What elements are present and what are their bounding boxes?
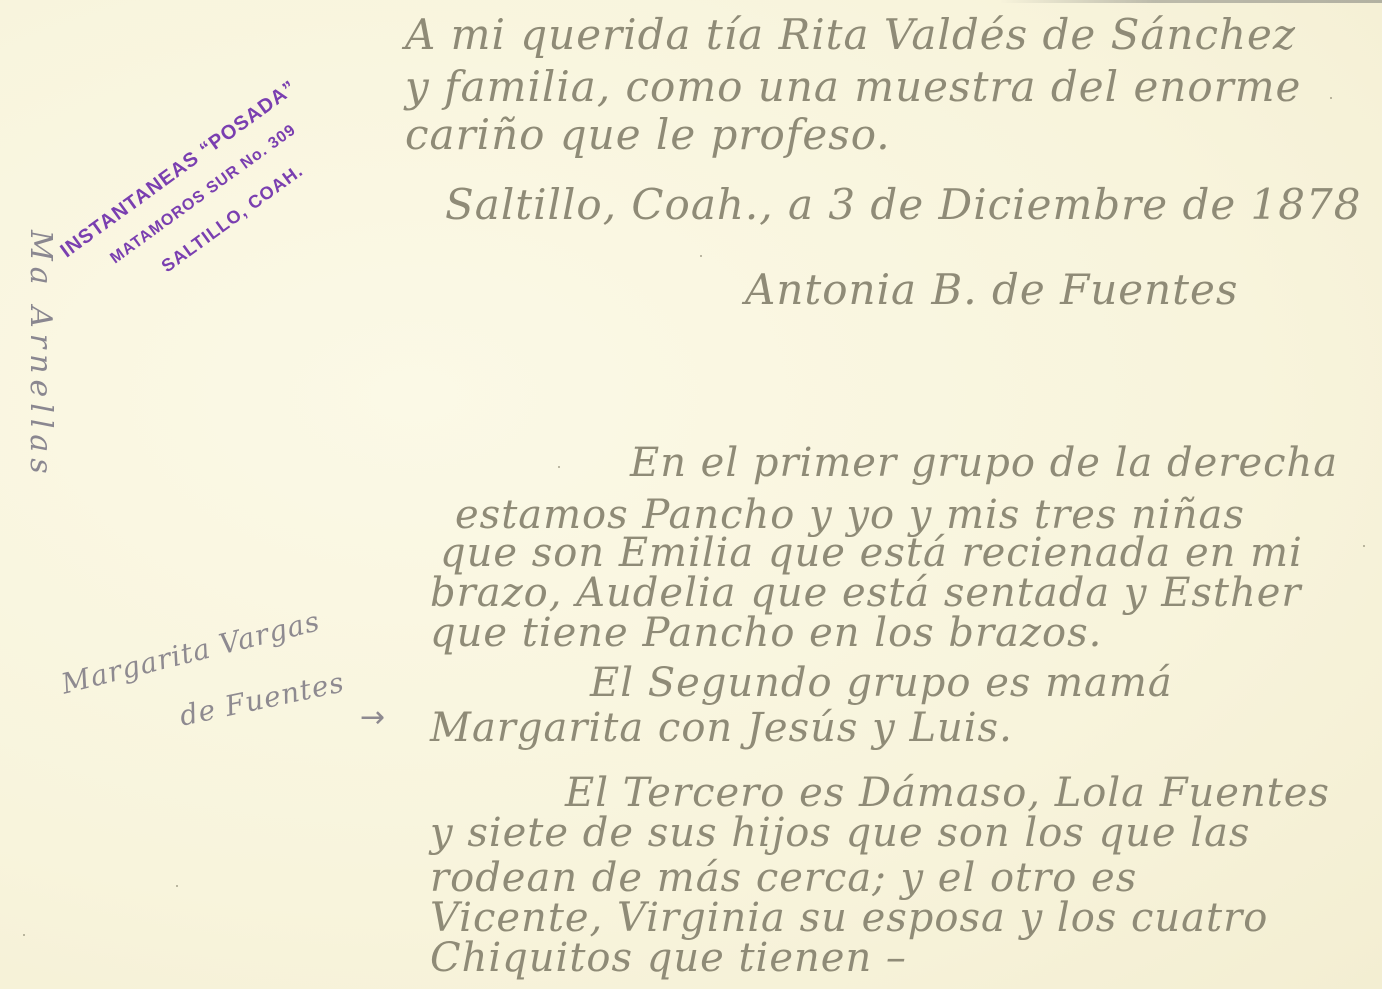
dedication-line-2: y familia, como una muestra del enorme: [405, 62, 1301, 111]
dedication-place-date: Saltillo, Coah., a 3 de Diciembre de 187…: [445, 180, 1361, 229]
photographer-stamp: INSTANTANEAS “POSADA” MATAMOROS SUR No. …: [60, 60, 330, 270]
body-p3-line2: y siete de sus hijos que son los que las: [430, 810, 1250, 856]
body-p2-line2: Margarita con Jesús y Luis.: [430, 705, 1013, 751]
stamp-studio-name: INSTANTANEAS “POSADA”: [56, 76, 301, 263]
dedication-signature: Antonia B. de Fuentes: [745, 265, 1238, 314]
pencil-arrow-icon: →: [360, 700, 385, 735]
body-p1-line1: En el primer grupo de la derecha: [630, 440, 1338, 486]
dedication-line-3: cariño que le profeso.: [405, 110, 891, 159]
photo-back-card: INSTANTANEAS “POSADA” MATAMOROS SUR No. …: [0, 0, 1382, 989]
body-p3-line5: Chiquitos que tienen –: [430, 935, 907, 981]
paper-speck: [1363, 545, 1365, 547]
margin-vertical-text: Ma Arnellas: [23, 230, 58, 480]
pencil-name-line2: de Fuentes: [177, 666, 348, 733]
dedication-line-1: A mi querida tía Rita Valdés de Sánchez: [405, 10, 1296, 59]
paper-speck: [700, 255, 702, 257]
body-p1-line5: que tiene Pancho en los brazos.: [430, 610, 1102, 656]
body-p2-line1: El Segundo grupo es mamá: [590, 660, 1173, 706]
card-top-edge: [1000, 0, 1382, 3]
margin-vertical-note: Ma Arnellas: [50, 115, 90, 415]
paper-speck: [23, 934, 25, 936]
paper-speck: [1330, 97, 1332, 99]
paper-speck: [176, 885, 178, 887]
paper-speck: [558, 466, 560, 468]
